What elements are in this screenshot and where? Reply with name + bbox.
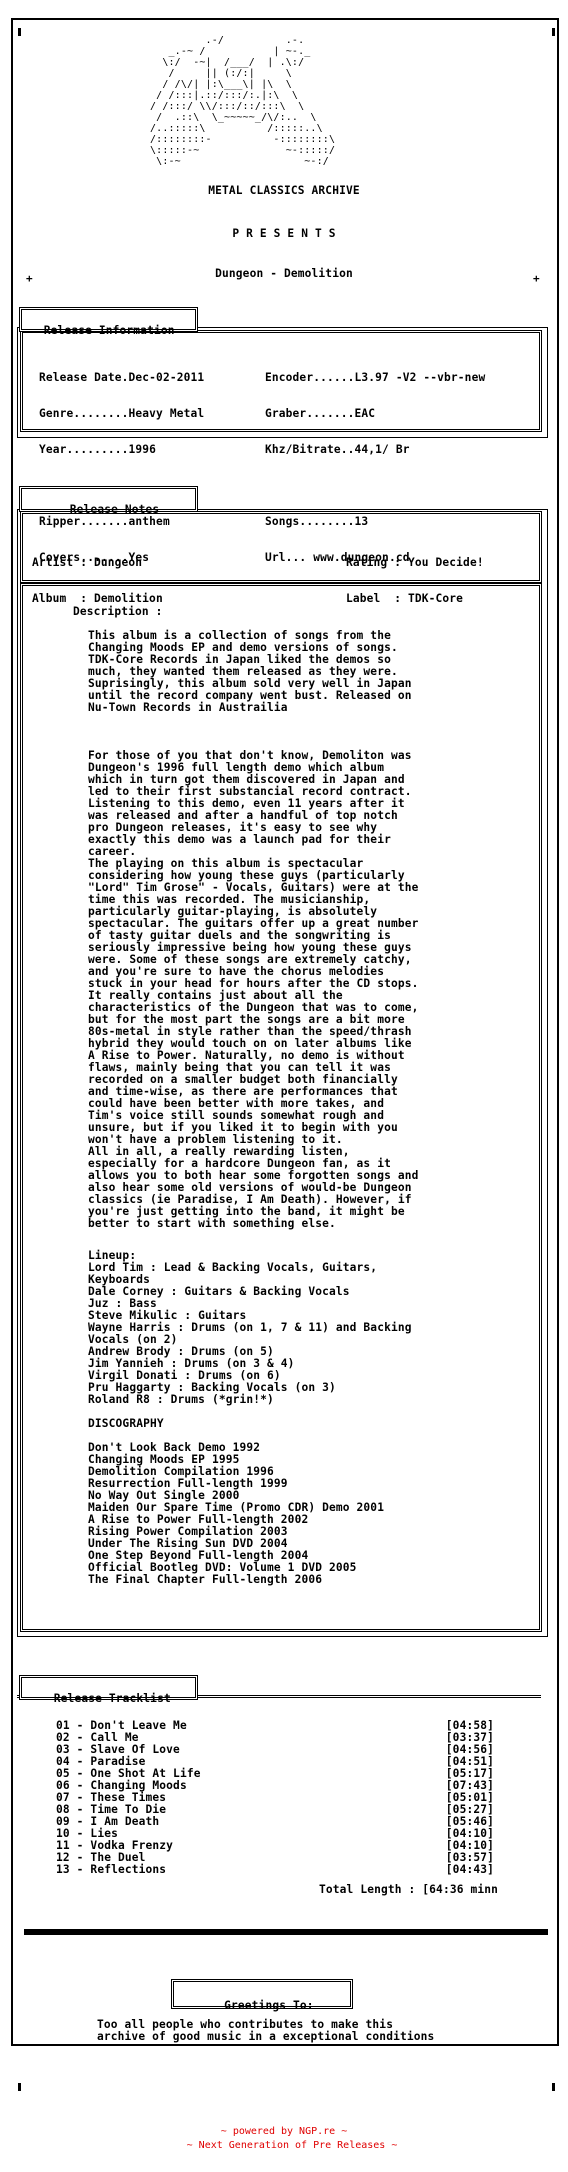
tracklist-tab: Release Tracklist (19, 1675, 198, 1700)
artist-line: Artist : Dungeon (32, 557, 163, 569)
greetings-title: Greetings To: (224, 1999, 314, 2012)
release-info-tab-label: Release Information (44, 324, 175, 337)
release-info-tab: Release Information (19, 307, 198, 332)
total-length: Total Length : [64:36 minn (319, 1884, 498, 1896)
info-genre: Genre........Heavy Metal (39, 408, 204, 420)
greetings-text: Too all people who contributes to make t… (97, 2019, 434, 2043)
rating-line: Rating : You Decide! (346, 557, 484, 569)
info-encoder: Encoder......L3.97 -V2 --vbr-new (265, 372, 485, 384)
track-list: 01 - Don't Leave Me[04:58]02 - Call Me[0… (56, 1720, 494, 1876)
corner-mark-bottom-right (552, 2083, 555, 2091)
presents-heading: P R E S E N T S (0, 228, 568, 240)
footer-powered-by: ~ powered by NGP.re ~ (0, 2124, 568, 2139)
track-row: 09 - I Am Death[05:46] (56, 1816, 494, 1828)
track-title: 13 - Reflections (56, 1864, 166, 1876)
divider-bar (24, 1929, 548, 1935)
track-row: 13 - Reflections[04:43] (56, 1864, 494, 1876)
group-name: METAL CLASSICS ARCHIVE (0, 185, 568, 197)
corner-mark-bottom-left (18, 2083, 21, 2091)
corner-mark-top-right (552, 28, 555, 36)
track-length: [04:43] (446, 1864, 494, 1876)
discography-heading: DISCOGRAPHY (88, 1418, 164, 1430)
ascii-logo: .-/ .-. _.-~ / | ~-._ \:/ -~| /___/ | .\… (150, 35, 420, 167)
greetings-box: Greetings To: (171, 1979, 353, 2009)
info-year: Year.........1996 (39, 444, 204, 456)
release-notes-tab: Release Notes (19, 486, 198, 512)
footer-tagline: ~ Next Generation of Pre Releases ~ (0, 2138, 568, 2153)
release-title: Dungeon - Demolition (0, 268, 568, 280)
lineup-list: Lineup: Lord Tim : Lead & Backing Vocals… (88, 1250, 412, 1406)
info-bitrate: Khz/Bitrate..44,1/ Br (265, 444, 485, 456)
info-graber: Graber.......EAC (265, 408, 485, 420)
description-paragraph-1: This album is a collection of songs from… (88, 630, 412, 714)
corner-mark-top-left (18, 28, 21, 36)
discography-list: Don't Look Back Demo 1992 Changing Moods… (88, 1442, 384, 1586)
tracklist-tab-label: Release Tracklist (54, 1692, 171, 1705)
info-release-date: Release Date.Dec-02-2011 (39, 372, 204, 384)
description-heading: Description : (73, 606, 163, 618)
description-paragraph-2: For those of you that don't know, Demoli… (88, 750, 419, 1230)
release-notes-tab-label: Release Notes (70, 503, 160, 516)
